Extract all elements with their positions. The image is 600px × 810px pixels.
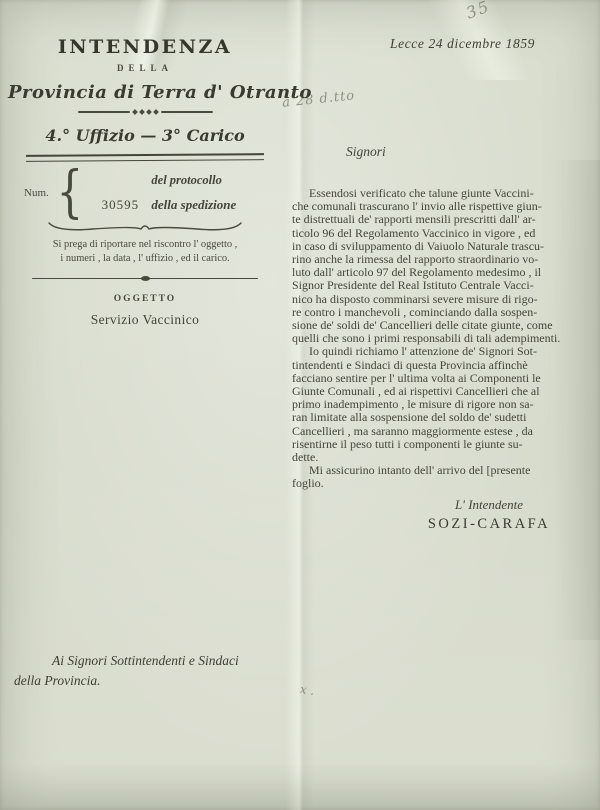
dateline: Lecce 24 dicembre 1859 [390, 36, 535, 52]
num-label: Num. [24, 187, 49, 199]
object-value: Servizio Vaccinico [8, 312, 282, 328]
ornament-divider [8, 110, 282, 114]
masthead-subtitle: DELLA [8, 63, 282, 73]
pencil-number-annotation: 35 [463, 0, 492, 23]
ornament-divider-2 [32, 276, 258, 281]
paper-shadow-bottom [0, 764, 600, 810]
paragraph: Essendosi verificato che talune giunte V… [292, 187, 578, 345]
brace-decoration: { [56, 167, 83, 219]
salutation: Signori [346, 144, 386, 160]
protocol-number-block: Num. { del protocollo 30595 della spediz… [24, 167, 282, 219]
office-line: 4.° Uffizio — 3° Carico [8, 126, 282, 145]
letterhead: INTENDENZA DELLA Provincia di Terra d' O… [8, 36, 282, 328]
paragraph: Mi assicurino intanto dell' arrivo del [… [292, 464, 578, 490]
province-name: Provincia di Terra d' Otranto [8, 82, 282, 103]
closing-block: L' Intendente SOZI-CARAFA [405, 497, 573, 533]
paragraph: Io quindi richiamo l' attenzione de' Sig… [292, 345, 578, 464]
letter-body: Essendosi verificato che talune giunte V… [292, 187, 578, 491]
signature-name: SOZI-CARAFA [405, 516, 573, 533]
recipient-address: Ai Signori Sottintendenti e Sindaci dell… [14, 651, 354, 690]
protocol-label: del protocollo [151, 173, 236, 188]
protocol-number: 30595 [89, 197, 151, 213]
closing-title: L' Intendente [405, 497, 573, 513]
dispatch-label: della spedizione [151, 197, 236, 213]
masthead-title: INTENDENZA [8, 36, 282, 58]
scanned-letter-page: 35 a 28 d.tto x . INTENDENZA DELLA Provi… [0, 0, 600, 810]
filing-notice: Si prega di riportare nel riscontro l' o… [8, 238, 282, 265]
object-label: OGGETTO [8, 294, 282, 304]
